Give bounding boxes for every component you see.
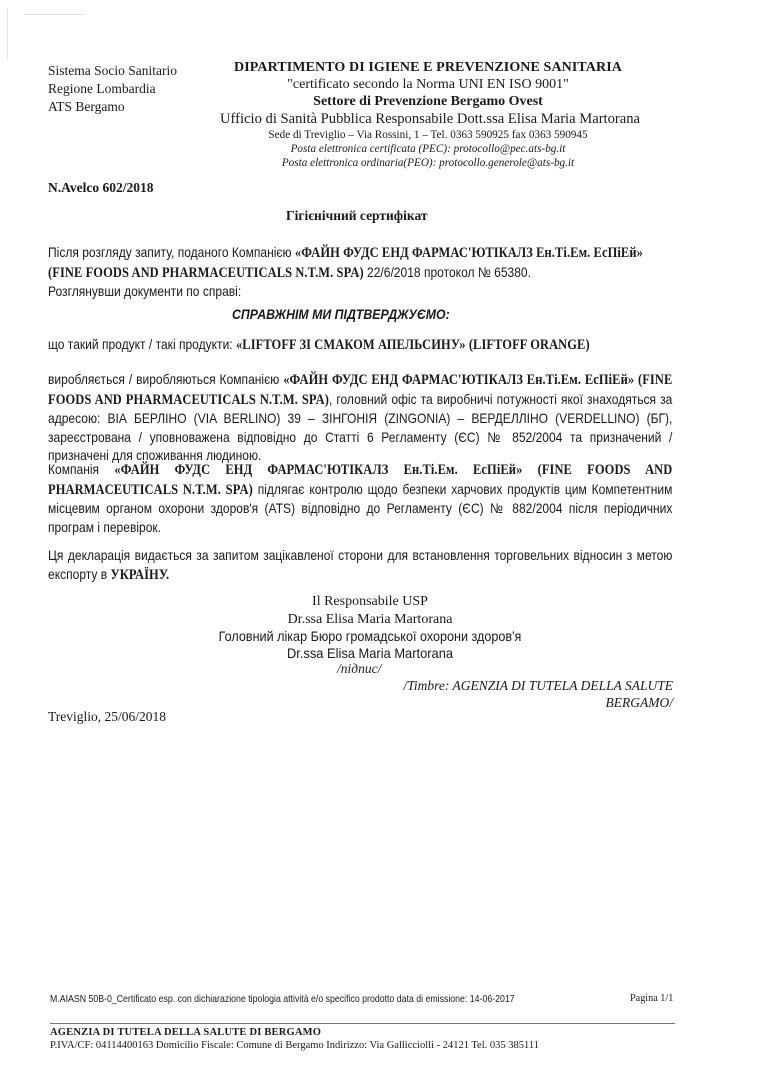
confirmation-heading: СПРАВЖНІМ МИ ПІДТВЕРДЖУЄМО: [232, 306, 450, 322]
issuer-line: Regione Lombardia [48, 80, 177, 98]
paragraph-request: Після розгляду запиту, поданого Компаніє… [48, 243, 672, 301]
country-name: УКРАЇНУ [111, 567, 166, 583]
footer-address: P.IVA/CF: 04114400163 Domicilio Fiscale:… [50, 1040, 539, 1051]
footer-divider [50, 1023, 675, 1024]
office-address: Sede di Treviglio – Via Rossini, 1 – Tel… [220, 128, 636, 142]
stamp-text: /Timbre: AGENZIA DI TUTELA DELLA SALUTE … [385, 677, 673, 711]
issuer-line: ATS Bergamo [48, 98, 177, 116]
product-name: «LIFTOFF ЗІ СМАКОМ АПЕЛЬСИНУ» (LIFTOFF O… [236, 337, 590, 353]
text: виробляється / виробляються Компанією [48, 371, 283, 387]
text: . [166, 567, 169, 583]
stamp-line: /Timbre: AGENZIA DI TUTELA DELLA SALUTE [385, 677, 673, 694]
text: Після розгляду запиту, поданого Компаніє… [48, 244, 295, 260]
issuer-line: Sistema Socio Sanitario [48, 62, 177, 80]
footer-agency: AGENZIA DI TUTELA DELLA SALUTE DI BERGAM… [50, 1027, 321, 1038]
signatory-role-it: Il Responsabile USP [310, 593, 430, 610]
department-name: DIPARTIMENTO DI IGIENE E PREVENZIONE SAN… [220, 59, 636, 76]
signatory-name: Dr.ssa Elisa Maria Martorana [260, 611, 480, 628]
signatory-name: Dr.ssa Elisa Maria Martorana [269, 645, 471, 662]
document-title: Гігієнічний сертифікат [286, 208, 428, 224]
header-issuer: Sistema Socio Sanitario Regione Lombardi… [48, 62, 177, 116]
signature-mark: /підпис/ [337, 661, 381, 677]
paragraph-control: Компанія «ФАЙН ФУДС ЕНД ФАРМАС'ЮТІКАЛЗ Е… [48, 460, 672, 536]
signatory-role-ua: Головний лікар Бюро громадської охорони … [208, 628, 532, 645]
pec-email: Posta elettronica certificata (PEC): pro… [220, 142, 636, 156]
scan-artifact [24, 14, 84, 15]
peo-email: Posta elettronica ordinaria(PEO): protoc… [220, 156, 636, 170]
scan-artifact [7, 8, 8, 60]
paragraph-product: що такий продукт / такі продукти: «LIFTO… [48, 335, 672, 355]
text: Компанія [48, 461, 114, 477]
protocol-number: N.Avelco 602/2018 [48, 180, 153, 196]
paragraph-manufacturer: виробляється / виробляються Компанією «Ф… [48, 370, 672, 465]
text: Розглянувши документи по справі: [48, 283, 241, 299]
form-code: M.AIASN 50B-0_Certificato esp. con dichi… [50, 994, 515, 1005]
sector-name: Settore di Prevenzione Bergamo Ovest [220, 93, 636, 110]
text: що такий продукт / такі продукти: [48, 336, 236, 352]
page-number: Pagina 1/1 [630, 993, 673, 1004]
text: 22/6/2018 протокол № 65380. [364, 264, 531, 280]
office-name: Ufficio di Sanità Pubblica Responsabile … [220, 110, 636, 128]
place-date: Treviglio, 25/06/2018 [48, 709, 166, 725]
stamp-line: BERGAMO/ [385, 694, 673, 711]
iso-certification: "certificato secondo la Norma UNI EN ISO… [220, 76, 636, 93]
paragraph-declaration: Ця декларація видається за запитом зацік… [48, 546, 672, 584]
header-department-block: DIPARTIMENTO DI IGIENE E PREVENZIONE SAN… [220, 59, 636, 170]
